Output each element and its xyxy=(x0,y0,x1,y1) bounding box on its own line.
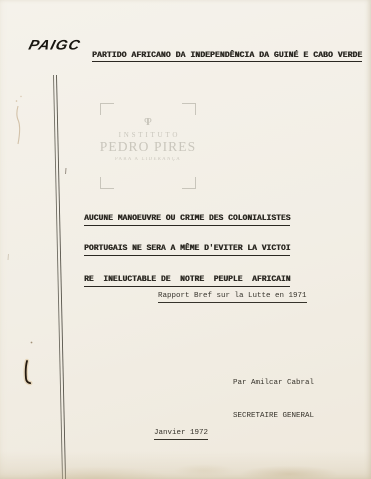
ink-speck-3 xyxy=(31,342,33,344)
ink-stain-upper xyxy=(17,106,20,144)
tick-mark-2 xyxy=(8,254,9,260)
scanned-document-page: PAIGC PARTIDO AFRICANO DA INDEPENDÊNCIA … xyxy=(0,0,371,479)
tick-mark-1 xyxy=(66,168,67,174)
ink-speck-1 xyxy=(16,100,18,102)
scan-artifacts xyxy=(0,0,371,479)
paper-edge-shading xyxy=(0,451,371,479)
ink-speck-2 xyxy=(20,96,21,97)
